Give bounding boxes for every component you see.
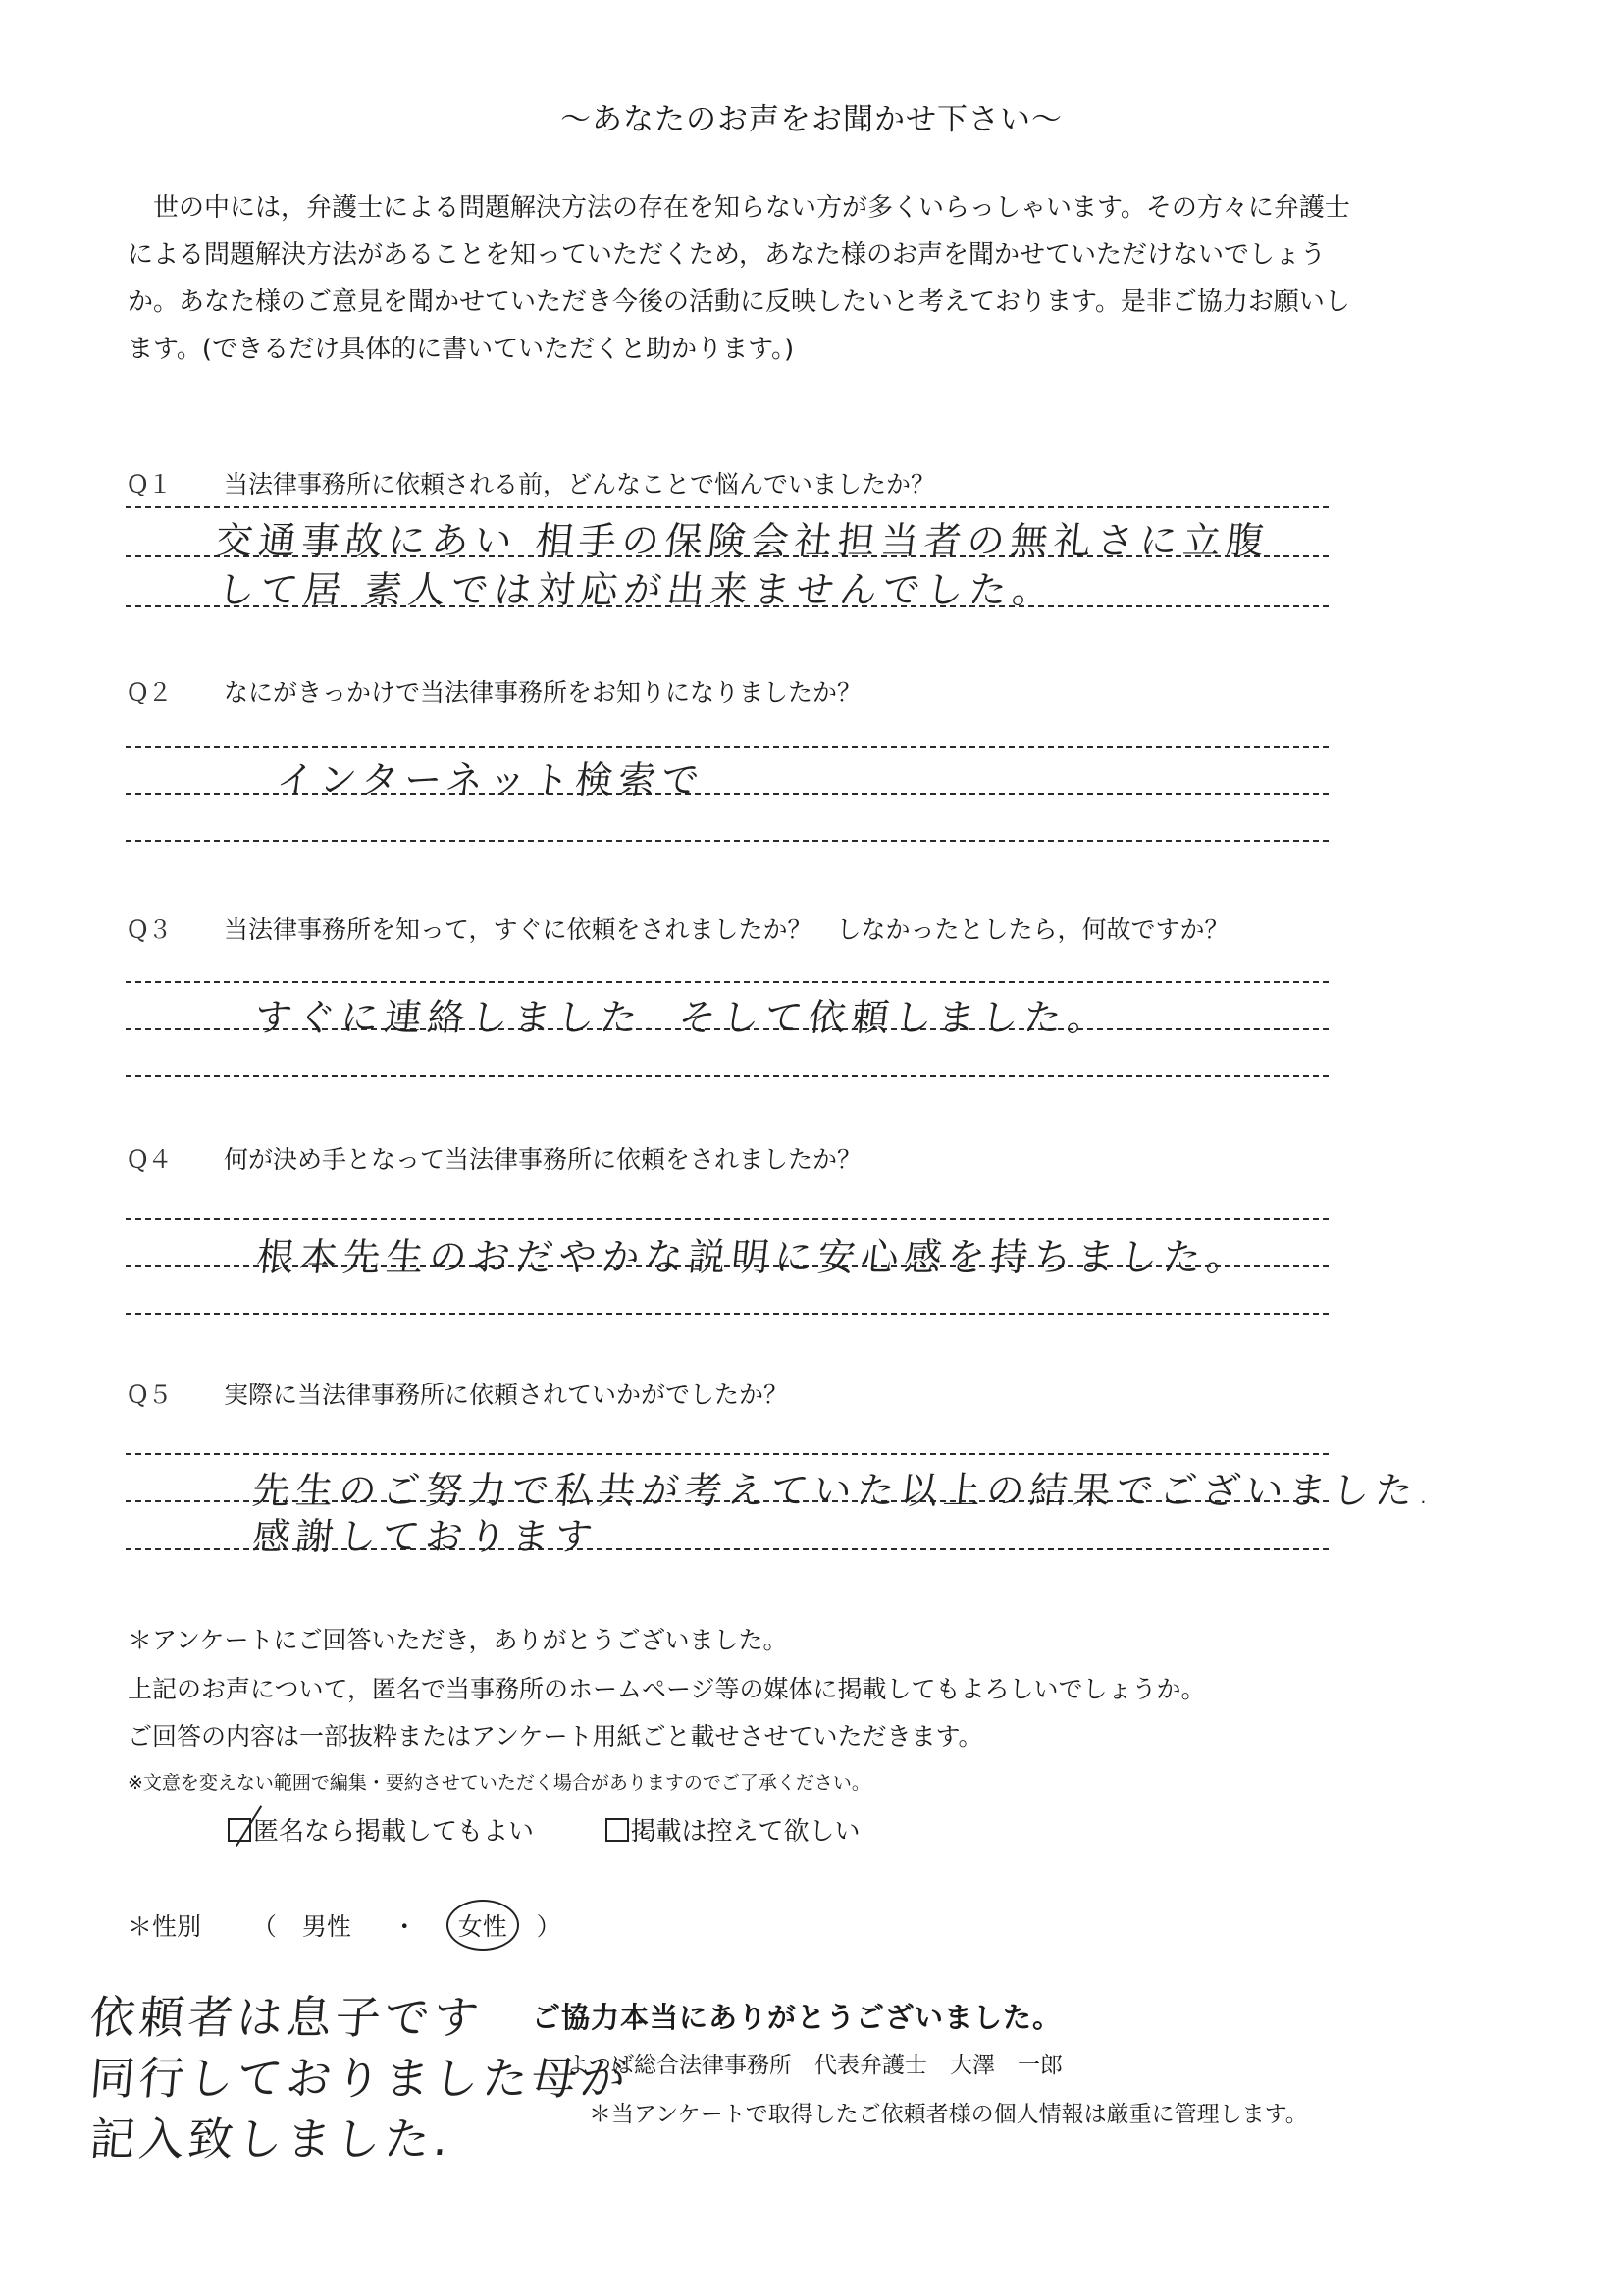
question-5: Q５ 実際に当法律事務所に依頼されていかがでしたか？ bbox=[128, 1376, 788, 1411]
answer-line bbox=[126, 1453, 1329, 1455]
consent-decline-option[interactable]: 掲載は控えて欲しい bbox=[605, 1817, 861, 1847]
consent-anonymous-label: 匿名なら掲載してもよい bbox=[253, 1817, 534, 1847]
question-text: 当法律事務所に依頼される前，どんなことで悩んでいましたか？ bbox=[224, 470, 935, 498]
consent-anonymous-option[interactable]: 匿名なら掲載してもよい bbox=[228, 1817, 542, 1847]
handwritten-answer-3: すぐに連絡しました. そして依頼しました。 bbox=[252, 987, 1114, 1041]
question-number: Q２ bbox=[128, 673, 216, 708]
checkbox-checked-icon[interactable] bbox=[228, 1818, 251, 1842]
question-2: Q２ なにがきっかけで当法律事務所をお知りになりましたか？ bbox=[128, 673, 862, 708]
intro-line: 世の中には，弁護士による問題解決方法の存在を知らない方が多くいらっしゃいます。そ… bbox=[128, 184, 1531, 232]
handwritten-note-line: 記入致しました. bbox=[87, 2104, 454, 2168]
question-text: 実際に当法律事務所に依頼されていかがでしたか？ bbox=[224, 1381, 788, 1409]
handwritten-answer-5: 感謝しております bbox=[250, 1506, 602, 1560]
question-text: 何が決め手となって当法律事務所に依頼をされましたか？ bbox=[224, 1145, 862, 1174]
question-text: なにがきっかけで当法律事務所をお知りになりましたか？ bbox=[224, 678, 862, 706]
gender-field: ＊性別 （ 男性 ・ 女性 ） bbox=[128, 1907, 561, 1943]
privacy-note: ＊当アンケートで取得したご依頼者様の個人情報は厳重に管理します。 bbox=[589, 2096, 1308, 2128]
consent-decline-label: 掲載は控えて欲しい bbox=[631, 1817, 861, 1847]
answer-line bbox=[126, 746, 1329, 748]
question-number: Q１ bbox=[128, 465, 216, 500]
intro-line: ます。(できるだけ具体的に書いていただくと助かります。) bbox=[128, 326, 1531, 373]
answer-line bbox=[126, 506, 1329, 508]
answer-line bbox=[126, 1313, 1329, 1315]
handwritten-note-line: 同行しておりました母が bbox=[87, 2043, 633, 2108]
gender-label: ＊性別 bbox=[128, 1912, 201, 1941]
intro-line: か。あなた様のご意見を聞かせていただき今後の活動に反映したいと考えております。是… bbox=[128, 279, 1531, 326]
firm-signature: よつば総合法律事務所 代表弁護士 大澤 一郎 bbox=[566, 2047, 1063, 2079]
intro-line: による問題解決方法があることを知っていただくため，あなた様のお声を聞かせていただ… bbox=[128, 232, 1531, 279]
close-paren: ） bbox=[537, 1912, 561, 1941]
closing-thanks: ご協力本当にありがとうございました。 bbox=[532, 1996, 1062, 2036]
handwritten-answer-1: 交通事故にあい 相手の保険会社担当者の無礼さに立腹 bbox=[213, 510, 1273, 564]
question-number: Q４ bbox=[128, 1140, 216, 1175]
gender-option-female-circled[interactable]: 女性 bbox=[446, 1900, 519, 1951]
page-title: ～あなたのお声をお聞かせ下さい～ bbox=[0, 94, 1623, 138]
handwritten-answer-1: して居 素人では対応が出来ませんでした。 bbox=[215, 559, 1059, 613]
edit-note: ※文意を変えない範囲で編集・要約させていただく場合がありますのでご了承ください。 bbox=[128, 1768, 870, 1795]
publish-scope: ご回答の内容は一部抜粋またはアンケート用紙ごと載せさせていただきます。 bbox=[128, 1717, 983, 1752]
question-4: Q４ 何が決め手となって当法律事務所に依頼をされましたか？ bbox=[128, 1140, 862, 1175]
answer-line bbox=[126, 840, 1329, 842]
handwritten-answer-2: インターネット検索で bbox=[274, 750, 707, 804]
question-1: Q１ 当法律事務所に依頼される前，どんなことで悩んでいましたか？ bbox=[128, 465, 935, 500]
answer-line bbox=[126, 981, 1329, 983]
gender-option-male[interactable]: 男性 bbox=[302, 1912, 351, 1941]
checkbox-empty-icon[interactable] bbox=[605, 1818, 629, 1842]
survey-thanks-note: ＊アンケートにご回答いただき，ありがとうございました。 bbox=[128, 1621, 788, 1656]
question-3: Q３ 当法律事務所を知って，すぐに依頼をされましたか？ しなかったとしたら，何故… bbox=[128, 911, 1229, 946]
handwritten-answer-4: 根本先生のおだやかな説明に安心感を持ちました。 bbox=[254, 1226, 1253, 1280]
separator: ・ bbox=[393, 1912, 417, 1941]
answer-line bbox=[126, 1218, 1329, 1220]
question-number: Q５ bbox=[128, 1376, 216, 1411]
consent-options: 匿名なら掲載してもよい 掲載は控えて欲しい bbox=[228, 1811, 861, 1848]
intro-paragraph: 世の中には，弁護士による問題解決方法の存在を知らない方が多くいらっしゃいます。そ… bbox=[128, 184, 1531, 373]
open-paren: （ bbox=[252, 1912, 277, 1941]
handwritten-note-line: 依頼者は息子です bbox=[87, 1982, 486, 2047]
publish-question: 上記のお声について，匿名で当事務所のホームページ等の媒体に掲載してもよろしいでし… bbox=[128, 1670, 1206, 1705]
question-text: 当法律事務所を知って，すぐに依頼をされましたか？ しなかったとしたら，何故ですか… bbox=[224, 915, 1230, 944]
question-number: Q３ bbox=[128, 911, 216, 946]
answer-line bbox=[126, 1075, 1329, 1077]
